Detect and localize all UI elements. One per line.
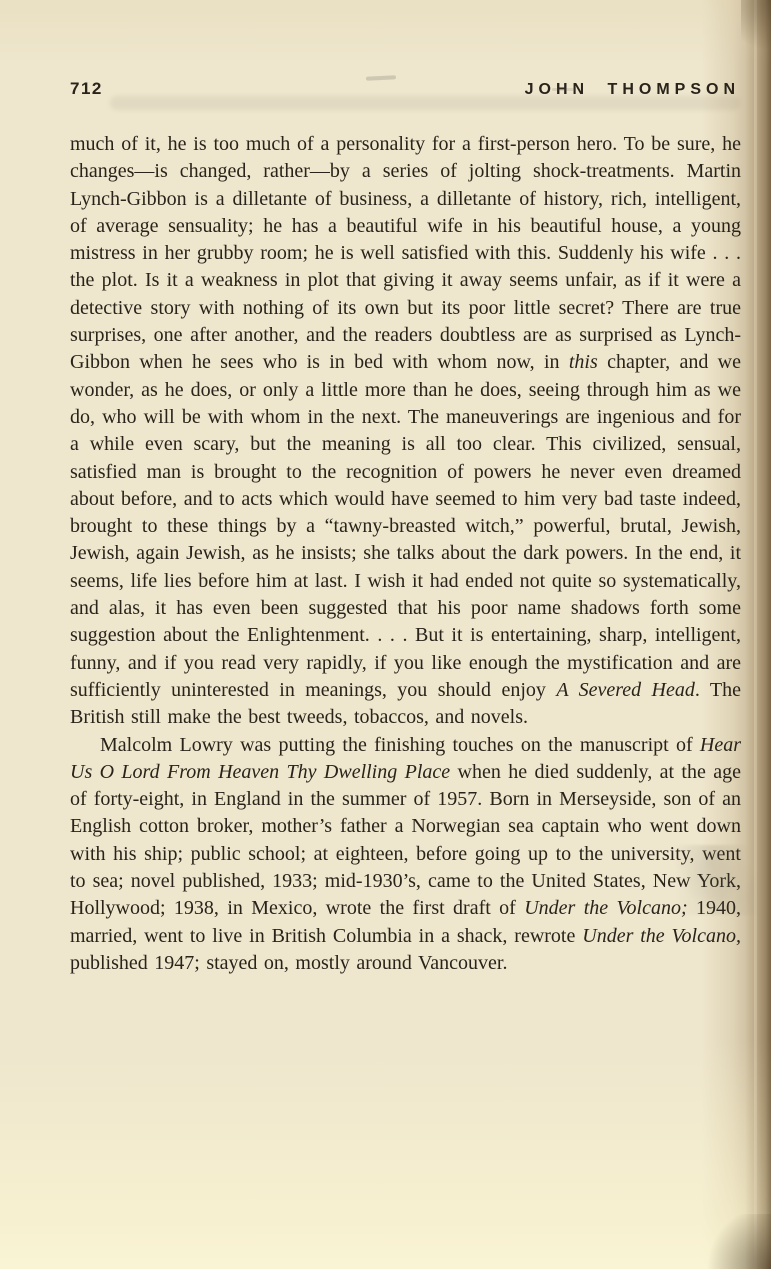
page-edge-shadow [745, 0, 771, 1269]
corner-shadow-top-right [741, 0, 771, 60]
ink-bleed-through [667, 845, 757, 915]
scan-smudge-band [110, 96, 740, 110]
scan-smudge [552, 88, 576, 91]
corner-shadow-bottom-right [701, 1214, 771, 1269]
paragraph-review-severed-head: much of it, he is too much of a personal… [70, 131, 741, 732]
book-page-scan: 712 JOHN THOMPSON much of it, he is too … [0, 0, 771, 1269]
paragraph-malcolm-lowry: Malcolm Lowry was putting the finishing … [70, 732, 741, 978]
page-number: 712 [70, 79, 103, 99]
body-text: much of it, he is too much of a personal… [70, 131, 741, 977]
